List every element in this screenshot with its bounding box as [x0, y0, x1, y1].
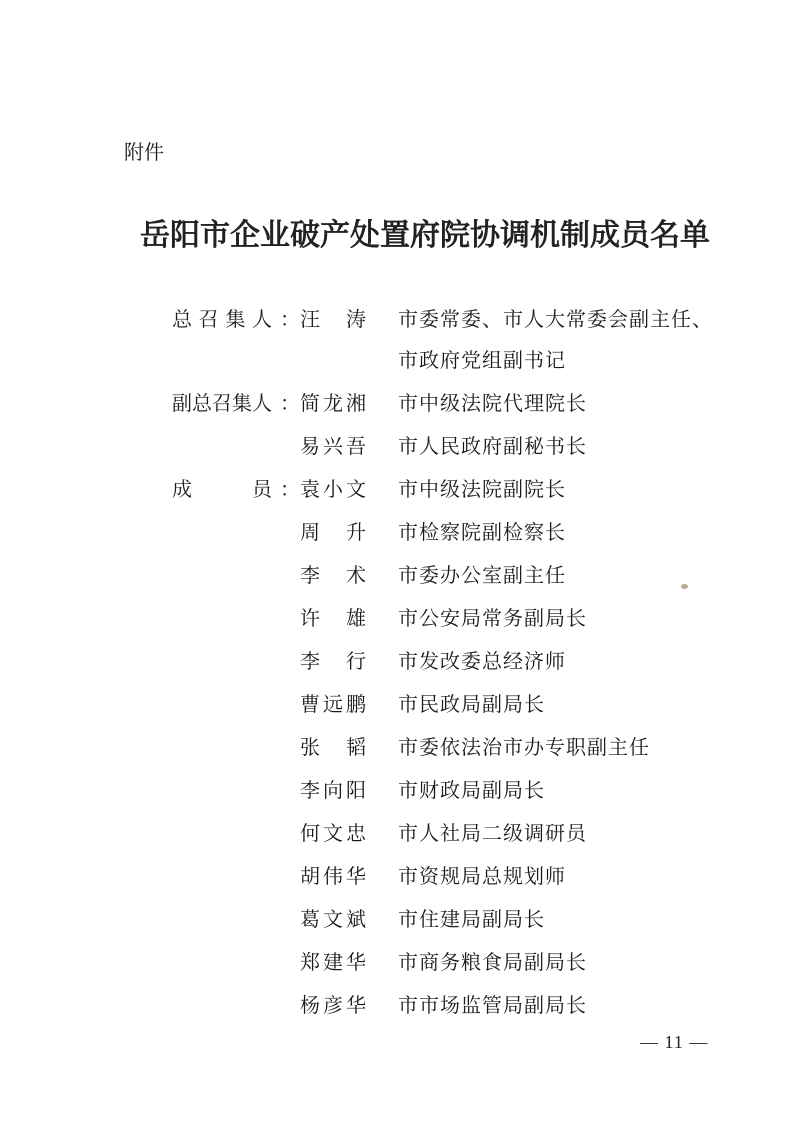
member-position-line2: 市政府党组副书记 [398, 345, 566, 375]
member-position: 市人社局二级调研员 [398, 818, 587, 848]
member-role: 副总召集人 [172, 388, 272, 418]
member-role: 总召集人 [172, 304, 272, 334]
colon: ： [280, 474, 300, 504]
member-name: 许雄 [300, 603, 366, 633]
member-position: 市检察院副检察长 [398, 517, 566, 547]
page-number: — 11 — [640, 1032, 708, 1053]
member-name: 简龙湘 [300, 388, 366, 418]
member-name: 杨彦华 [300, 990, 366, 1020]
member-position: 市委常委、市人大常委会副主任、 [398, 304, 713, 334]
member-position: 市公安局常务副局长 [398, 603, 587, 633]
member-position: 市委依法治市办专职副主任 [398, 732, 650, 762]
member-name: 周升 [300, 517, 366, 547]
document-title: 岳阳市企业破产处置府院协调机制成员名单 [140, 210, 720, 254]
member-name: 李术 [300, 560, 366, 590]
member-name: 李向阳 [300, 775, 366, 805]
scan-speck [681, 584, 688, 589]
member-name: 袁小文 [300, 474, 366, 504]
member-position: 市财政局副局长 [398, 775, 545, 805]
member-position: 市市场监管局副局长 [398, 990, 587, 1020]
member-role: 成员 [172, 474, 272, 504]
member-position: 市中级法院副院长 [398, 474, 566, 504]
member-position: 市商务粮食局副局长 [398, 947, 587, 977]
member-position: 市委办公室副主任 [398, 560, 566, 590]
member-name: 郑建华 [300, 947, 366, 977]
member-position: 市中级法院代理院长 [398, 388, 587, 418]
member-name: 何文忠 [300, 818, 366, 848]
colon: ： [280, 304, 300, 334]
member-name: 胡伟华 [300, 861, 366, 891]
member-position: 市发改委总经济师 [398, 646, 566, 676]
member-name: 曹远鹏 [300, 689, 366, 719]
colon: ： [280, 388, 300, 418]
member-name: 汪涛 [300, 304, 366, 334]
member-position: 市住建局副局长 [398, 904, 545, 934]
member-name: 李行 [300, 646, 366, 676]
member-name: 易兴吾 [300, 431, 366, 461]
attachment-label: 附件 [124, 136, 164, 165]
member-position: 市资规局总规划师 [398, 861, 566, 891]
member-name: 张韬 [300, 732, 366, 762]
member-position: 市民政局副局长 [398, 689, 545, 719]
member-name: 葛文斌 [300, 904, 366, 934]
member-position: 市人民政府副秘书长 [398, 431, 587, 461]
